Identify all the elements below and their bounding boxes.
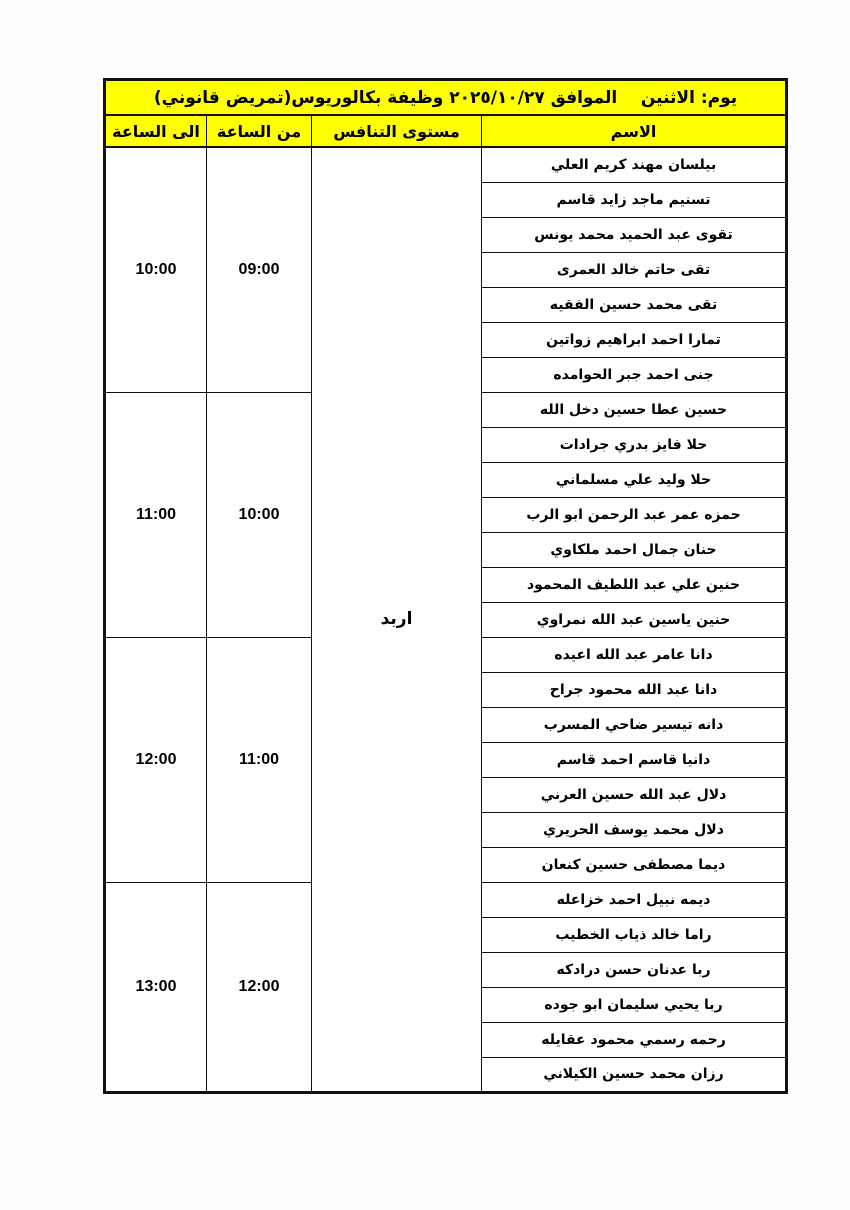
time-to-cell: 11:00 — [105, 392, 207, 637]
table-header-row: الاسم مستوى التنافس من الساعة الى الساعة — [105, 115, 787, 147]
name-cell: بيلسان مهند كريم العلي — [482, 147, 787, 182]
name-cell: رحمه رسمي محمود عقايله — [482, 1022, 787, 1057]
name-cell: ديما مصطفى حسين كنعان — [482, 847, 787, 882]
name-cell: حسين عطا حسين دخل الله — [482, 392, 787, 427]
document-page: يوم: الاثنين الموافق ٢٠٢٥/١٠/٢٧ وظيفة بك… — [0, 0, 850, 1210]
name-cell: حنان جمال احمد ملكاوي — [482, 532, 787, 567]
name-cell: تقوى عبد الحميد محمد يونس — [482, 217, 787, 252]
column-header-name: الاسم — [482, 115, 787, 147]
time-to-cell: 12:00 — [105, 637, 207, 882]
name-cell: ربا يحيي سليمان ابو جوده — [482, 987, 787, 1022]
name-cell: تقى حاتم خالد العمرى — [482, 252, 787, 287]
name-cell: دانيا قاسم احمد قاسم — [482, 742, 787, 777]
name-cell: راما خالد ذياب الخطيب — [482, 917, 787, 952]
name-cell: حلا وليد علي مسلماني — [482, 462, 787, 497]
competition-level-cell: اربد — [312, 147, 482, 1092]
time-to-cell: 10:00 — [105, 147, 207, 392]
name-cell: تسنيم ماجد زايد قاسم — [482, 182, 787, 217]
table-row: بيلسان مهند كريم العلي اربد 09:00 10:00 — [105, 147, 787, 182]
time-from-cell: 12:00 — [207, 882, 312, 1092]
schedule-table: يوم: الاثنين الموافق ٢٠٢٥/١٠/٢٧ وظيفة بك… — [103, 78, 788, 1094]
name-cell: حنين ياسين عبد الله نمراوي — [482, 602, 787, 637]
name-cell: دانا عبد الله محمود جراح — [482, 672, 787, 707]
name-cell: رزان محمد حسين الكيلاني — [482, 1057, 787, 1092]
name-cell: دلال محمد يوسف الحريري — [482, 812, 787, 847]
name-cell: حنين علي عبد اللطيف المحمود — [482, 567, 787, 602]
name-cell: ديمه نبيل احمد خزاعله — [482, 882, 787, 917]
column-header-to: الى الساعة — [105, 115, 207, 147]
time-from-cell: 10:00 — [207, 392, 312, 637]
time-from-cell: 11:00 — [207, 637, 312, 882]
name-cell: دانه تيسير ضاحي المسرب — [482, 707, 787, 742]
column-header-from: من الساعة — [207, 115, 312, 147]
table-title: يوم: الاثنين الموافق ٢٠٢٥/١٠/٢٧ وظيفة بك… — [105, 80, 787, 116]
name-cell: دلال عبد الله حسين العرني — [482, 777, 787, 812]
column-header-level: مستوى التنافس — [312, 115, 482, 147]
name-cell: جنى احمد جبر الحوامده — [482, 357, 787, 392]
name-cell: حمزه عمر عبد الرحمن ابو الرب — [482, 497, 787, 532]
table-title-row: يوم: الاثنين الموافق ٢٠٢٥/١٠/٢٧ وظيفة بك… — [105, 80, 787, 116]
name-cell: تقى محمد حسين الفقيه — [482, 287, 787, 322]
time-to-cell: 13:00 — [105, 882, 207, 1092]
name-cell: ربا عدنان حسن درادكه — [482, 952, 787, 987]
name-cell: دانا عامر عبد الله اعيده — [482, 637, 787, 672]
name-cell: تمارا احمد ابراهيم زواتين — [482, 322, 787, 357]
name-cell: حلا فايز بدري جرادات — [482, 427, 787, 462]
time-from-cell: 09:00 — [207, 147, 312, 392]
